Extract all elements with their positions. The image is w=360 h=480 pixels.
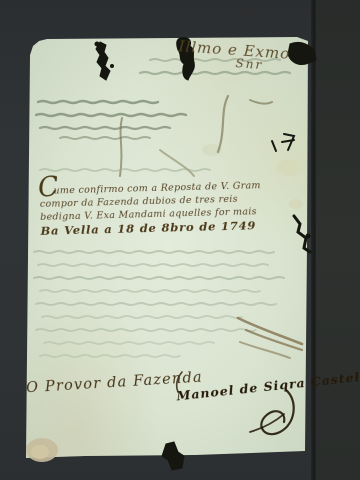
- backdrop-seam: [311, 0, 316, 480]
- letter-body: ume confirmo com a Reposta de V. Gram co…: [39, 180, 262, 238]
- manuscript-paper: [25, 37, 309, 458]
- manuscript-photo: Illmo e Exmo Snr C ume confirmo com a Re…: [0, 0, 360, 480]
- backdrop-right-panel: [316, 0, 360, 480]
